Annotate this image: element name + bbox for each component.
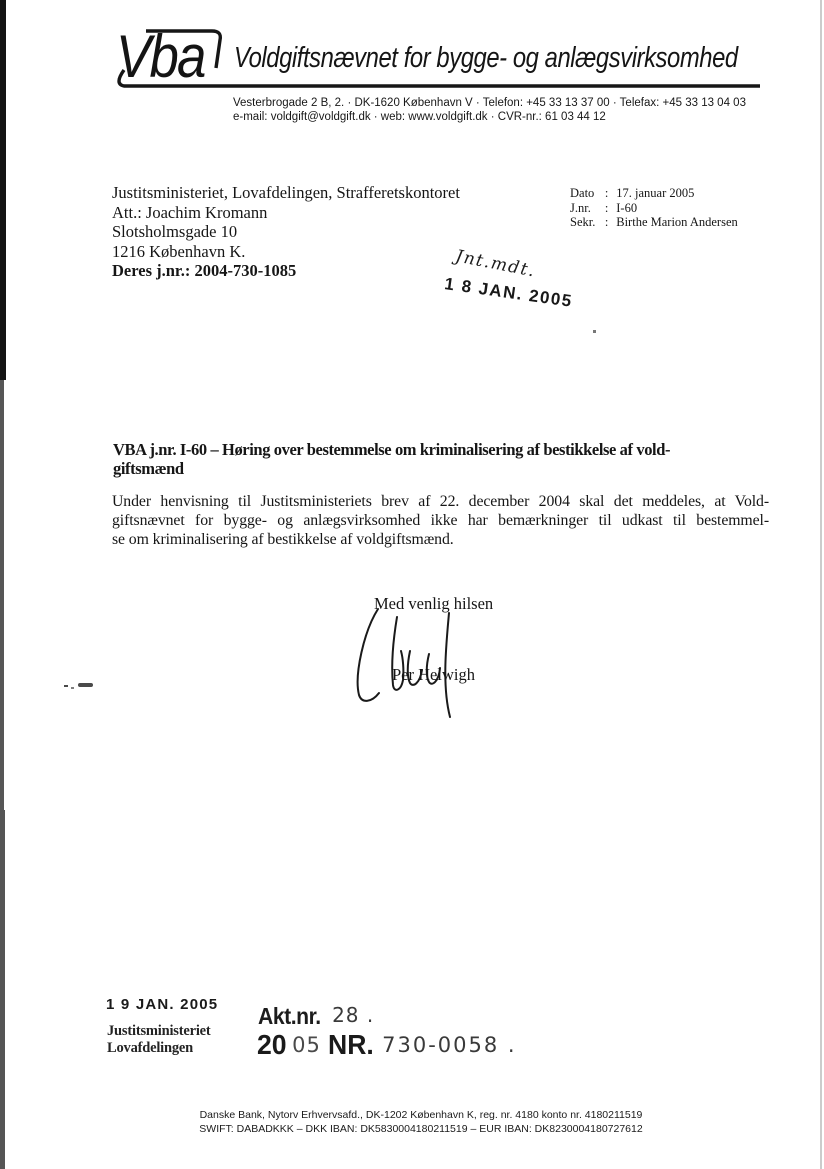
year-handwritten: 05 <box>292 1033 321 1057</box>
scan-edge-artifact <box>0 0 6 380</box>
nr-stamp: NR. <box>328 1029 374 1061</box>
scan-smudge <box>64 685 68 687</box>
subject-text: VBA j.nr. I-60 – Høring over bestemmelse… <box>113 440 670 459</box>
handwritten-signature <box>352 601 477 719</box>
bank-details-footer: Danske Bank, Nytorv Erhvervsafd., DK-120… <box>190 1108 652 1136</box>
secretary-label: Sekr. <box>570 215 597 230</box>
akt-nr-stamp: Akt.nr. <box>258 1003 321 1030</box>
letterhead-contact-block: Vesterbrogade 2 B, 2. · DK-1620 Københav… <box>233 97 746 125</box>
recipient-line: 1216 København K. <box>112 242 460 262</box>
letterhead-contact-line: e-mail: voldgift@voldgift.dk · web: www.… <box>233 111 746 125</box>
recipient-address-block: Justitsministeriet, Lovafdelingen, Straf… <box>112 183 460 281</box>
meta-secretary-row: Sekr. : Birthe Marion Andersen <box>570 215 738 230</box>
scan-edge-artifact <box>0 810 5 1169</box>
ministry-stamp-date: 1 9 JAN. 2005 <box>106 996 218 1013</box>
body-line: se om kriminalisering af bestikkelse af … <box>112 530 769 549</box>
akt-nr-handwritten: 28 . <box>332 1003 374 1027</box>
scanned-letter-page: Vba Voldgiftsnævnet for bygge- og anlægs… <box>0 0 824 1169</box>
date-label: Dato <box>570 186 597 201</box>
recipient-line: Slotsholmsgade 10 <box>112 222 460 242</box>
date-value: 17. januar 2005 <box>616 186 694 200</box>
subject-text: giftsmænd <box>113 459 670 478</box>
signer-name: Per Helwigh <box>392 665 475 685</box>
subject-line: VBA j.nr. I-60 – Høring over bestemmelse… <box>113 440 670 478</box>
year-stamp: 20 <box>257 1029 287 1061</box>
swift-iban-line: SWIFT: DABADKKK – DKK IBAN: DK5830004180… <box>190 1122 652 1136</box>
secretary-value: Birthe Marion Andersen <box>616 215 738 229</box>
scan-edge-artifact <box>820 0 822 1169</box>
organization-name: Voldgiftsnævnet for bygge- og anlægsvirk… <box>234 41 738 75</box>
scan-speck <box>593 330 596 333</box>
body-line: giftsnævnet for bygge- og anlægsvirksomh… <box>112 511 769 530</box>
letter-meta-block: Dato : 17. januar 2005 J.nr. : I-60 Sekr… <box>570 186 738 230</box>
letterhead-address-line: Vesterbrogade 2 B, 2. · DK-1620 Københav… <box>233 97 746 111</box>
recipient-line: Justitsministeriet, Lovafdelingen, Straf… <box>112 183 460 203</box>
ministry-stamp-org: Justitsministeriet <box>107 1023 211 1040</box>
scan-smudge <box>71 687 74 689</box>
bank-line: Danske Bank, Nytorv Erhvervsafd., DK-120… <box>190 1108 652 1122</box>
recipient-reference: Deres j.nr.: 2004-730-1085 <box>112 261 460 281</box>
ministry-stamp-dept: Lovafdelingen <box>107 1040 193 1057</box>
meta-date-row: Dato : 17. januar 2005 <box>570 186 738 201</box>
registry-number-line: 20 05 NR. 730-0058 . <box>257 1029 517 1061</box>
recipient-line: Att.: Joachim Kromann <box>112 203 460 223</box>
registry-number-handwritten: 730-0058 . <box>382 1033 516 1057</box>
scan-smudge <box>78 683 93 687</box>
vba-logo: Vba <box>116 27 205 87</box>
body-line: Under henvisning til Justitsministeriets… <box>112 492 769 511</box>
received-date-stamp: 1 8 JAN. 2005 <box>443 274 574 312</box>
letter-body: Under henvisning til Justitsministeriets… <box>112 492 769 549</box>
meta-journal-row: J.nr. : I-60 <box>570 201 738 216</box>
scan-edge-artifact <box>0 380 4 810</box>
journal-label: J.nr. <box>570 201 597 216</box>
journal-value: I-60 <box>616 201 637 215</box>
file-number-line: Akt.nr. 28 . <box>258 1003 374 1030</box>
